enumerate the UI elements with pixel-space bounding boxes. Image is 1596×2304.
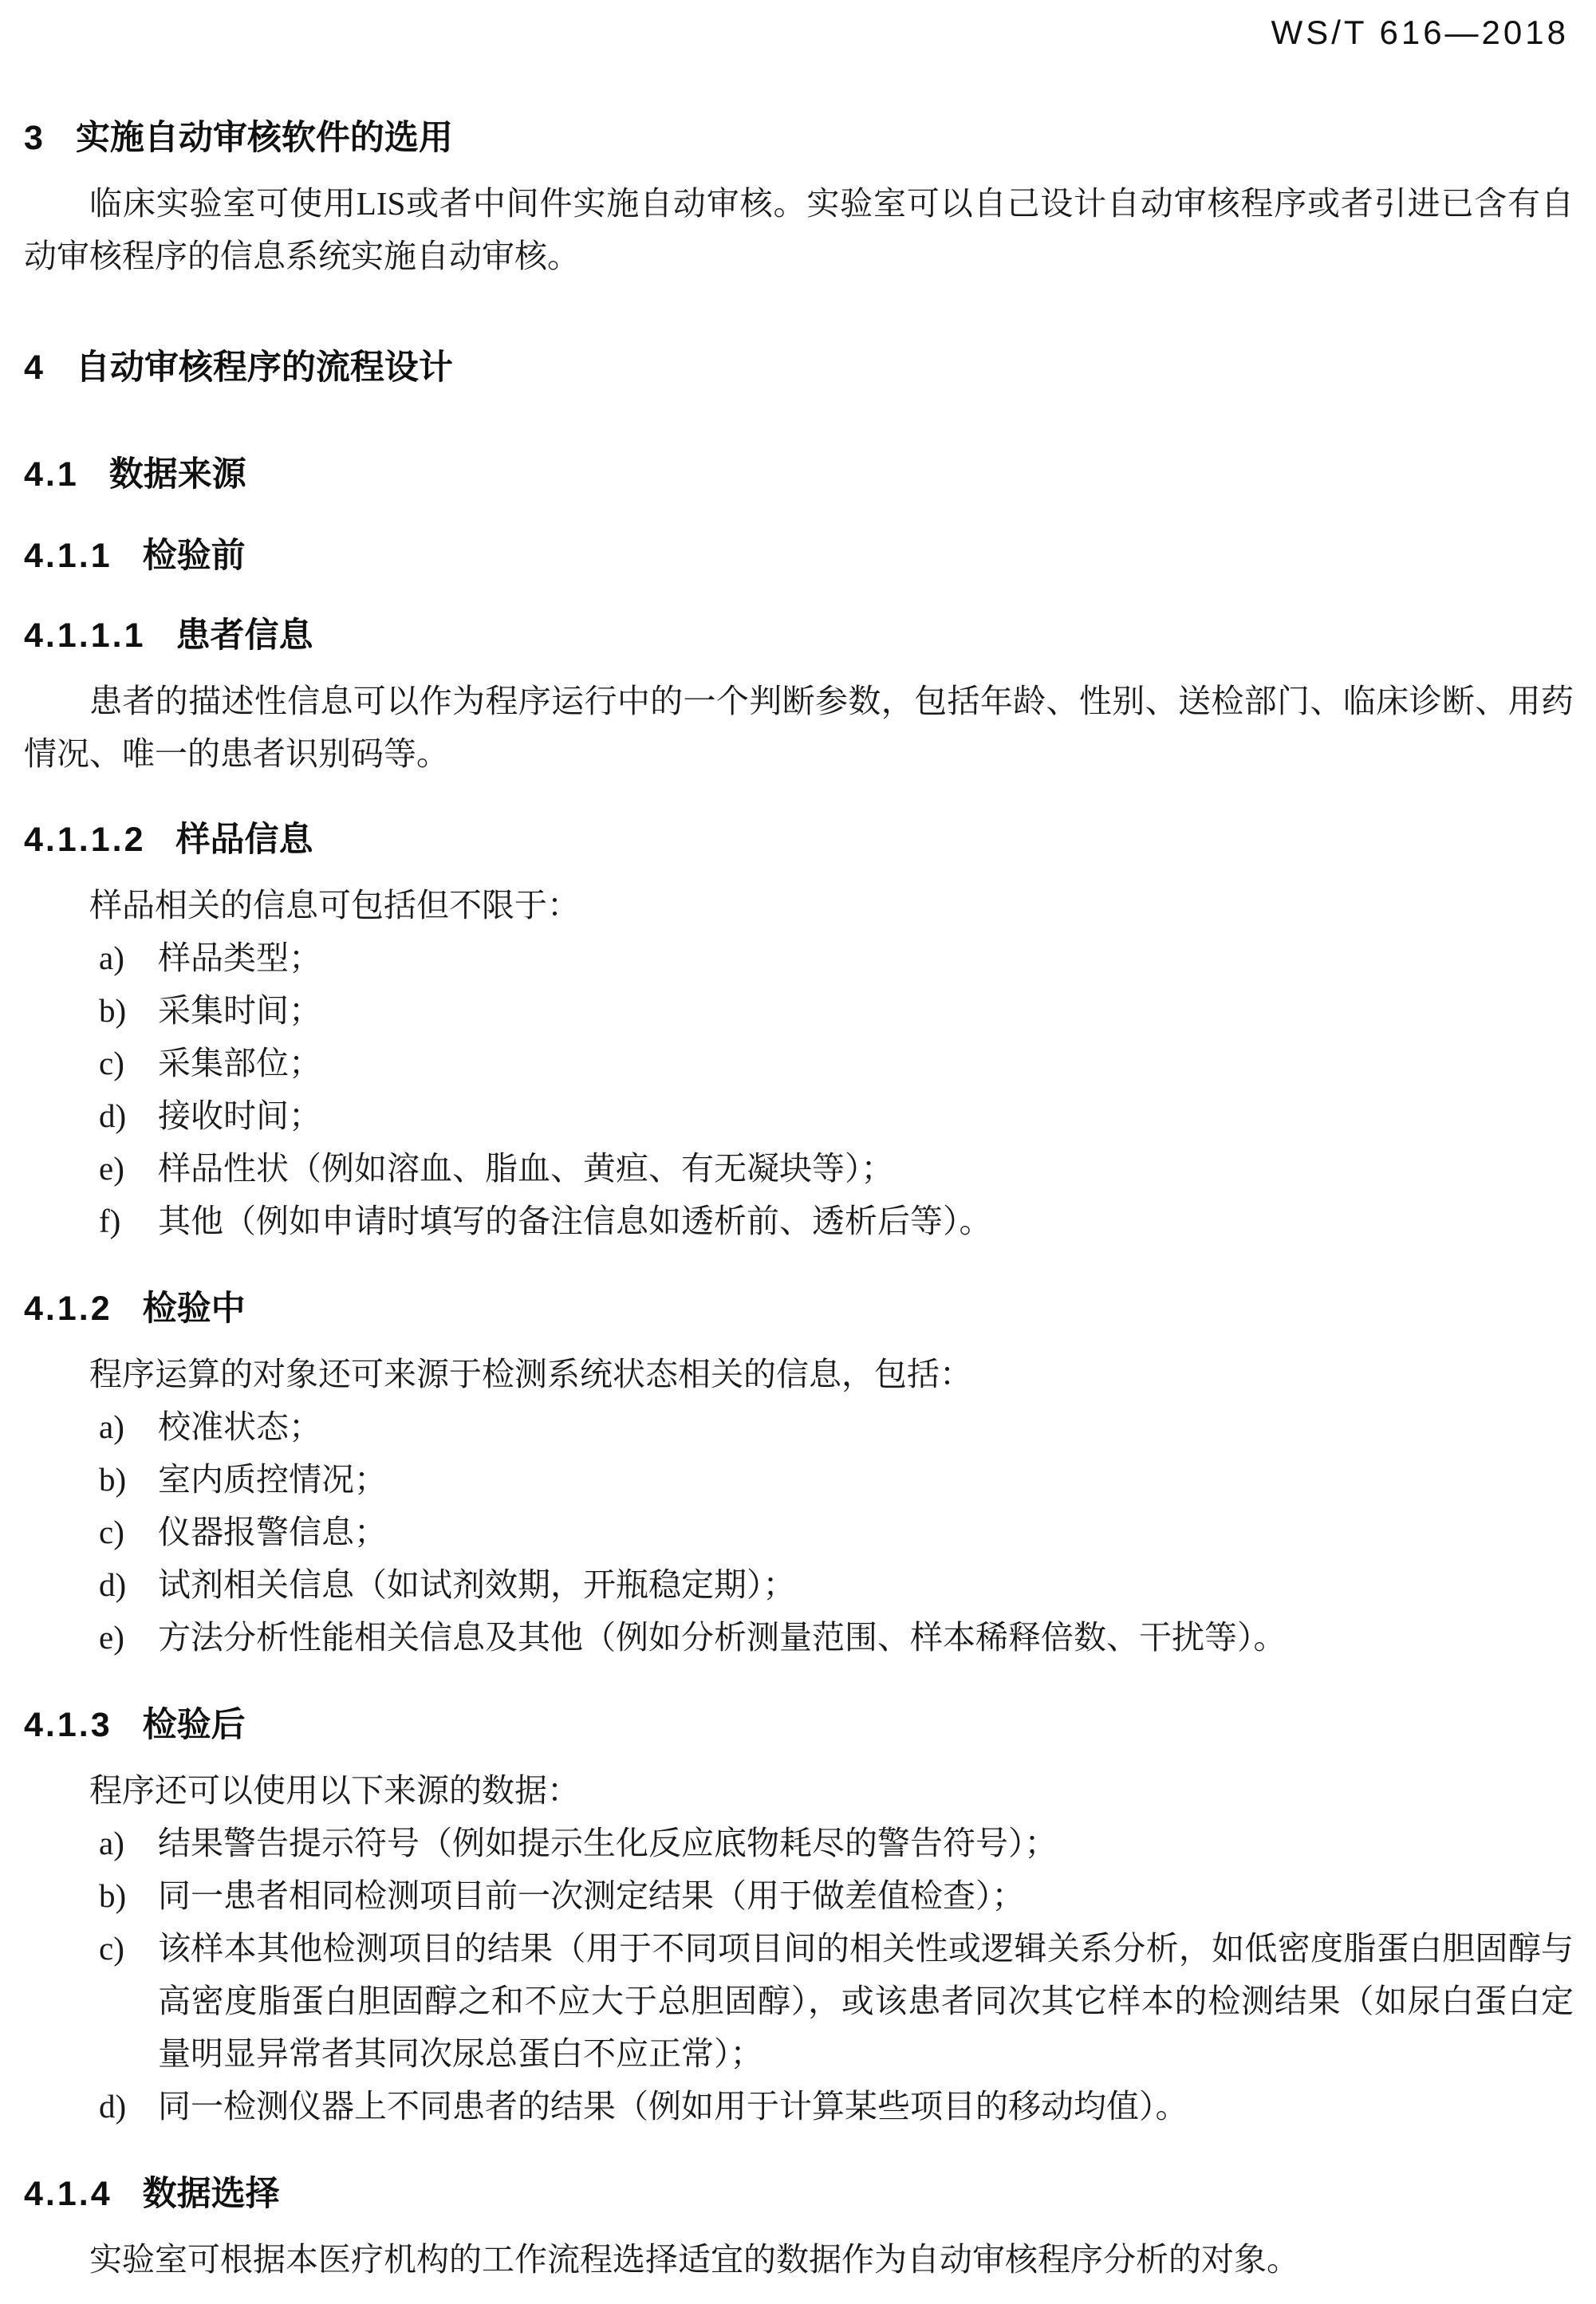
list-item-text: 接收时间； — [158, 1097, 321, 1134]
section-heading-4: 4自动审核程序的流程设计 — [24, 348, 1574, 388]
section-number: 4.1 — [24, 455, 79, 494]
list-marker: e) — [99, 1611, 124, 1664]
list-item: c)采集部位； — [24, 1037, 1574, 1089]
section-title: 自动审核程序的流程设计 — [76, 349, 453, 387]
section-heading-4.1.3: 4.1.3检验后 — [24, 1705, 1574, 1745]
section-title: 数据选择 — [143, 2175, 280, 2213]
section-number: 3 — [24, 119, 45, 157]
list-marker: b) — [99, 984, 126, 1037]
list-item: e)方法分析性能相关信息及其他（例如分析测量范围、样本稀释倍数、干扰等）。 — [24, 1611, 1574, 1664]
list-item-text: 同一患者相同检测项目前一次测定结果（用于做差值检查）； — [158, 1877, 1025, 1914]
ordered-list: a)校准状态；b)室内质控情况；c)仪器报警信息；d)试剂相关信息（如试剂效期，… — [24, 1400, 1574, 1664]
section-number: 4.1.1.2 — [24, 821, 146, 859]
section-title: 数据来源 — [109, 455, 246, 494]
document-content: 3实施自动审核软件的选用临床实验室可使用LIS或者中间件实施自动审核。实验室可以… — [24, 118, 1574, 2286]
section-title: 患者信息 — [176, 616, 313, 655]
list-item: a)校准状态； — [24, 1400, 1574, 1453]
section-heading-4.1.4: 4.1.4数据选择 — [24, 2174, 1574, 2214]
ordered-list: a)结果警告提示符号（例如提示生化反应底物耗尽的警告符号）；b)同一患者相同检测… — [24, 1817, 1574, 2133]
section-title: 检验后 — [143, 1706, 246, 1744]
section-title: 检验前 — [143, 537, 246, 575]
list-item: a)结果警告提示符号（例如提示生化反应底物耗尽的警告符号）； — [24, 1817, 1574, 1869]
list-item-text: 室内质控情况； — [158, 1461, 387, 1498]
section-heading-4.1.1: 4.1.1检验前 — [24, 536, 1574, 576]
list-item: d)试剂相关信息（如试剂效期，开瓶稳定期）； — [24, 1558, 1574, 1611]
paragraph: 实验室可根据本医疗机构的工作流程选择适宜的数据作为自动审核程序分析的对象。 — [24, 2233, 1574, 2286]
paragraph: 程序运算的对象还可来源于检测系统状态相关的信息，包括： — [24, 1348, 1574, 1400]
list-item: e)样品性状（例如溶血、脂血、黄疸、有无凝块等）； — [24, 1142, 1574, 1195]
list-item: b)采集时间； — [24, 984, 1574, 1037]
list-item-text: 样品类型； — [158, 939, 321, 976]
list-item: c)仪器报警信息； — [24, 1506, 1574, 1558]
ordered-list: a)样品类型；b)采集时间；c)采集部位；d)接收时间；e)样品性状（例如溶血、… — [24, 931, 1574, 1247]
list-item: a)样品类型； — [24, 931, 1574, 984]
list-item: d)同一检测仪器上不同患者的结果（例如用于计算某些项目的移动均值）。 — [24, 2080, 1574, 2133]
section-heading-4.1.1.2: 4.1.1.2样品信息 — [24, 820, 1574, 860]
paragraph: 临床实验室可使用LIS或者中间件实施自动审核。实验室可以自己设计自动审核程序或者… — [24, 177, 1574, 282]
section-number: 4.1.1.1 — [24, 616, 146, 655]
list-marker: f) — [99, 1195, 120, 1247]
section-title: 样品信息 — [176, 821, 313, 859]
list-item-text: 结果警告提示符号（例如提示生化反应底物耗尽的警告符号）； — [158, 1825, 1058, 1861]
list-marker: c) — [99, 1922, 124, 1975]
document-page: WS/T 616—2018 3实施自动审核软件的选用临床实验室可使用LIS或者中… — [0, 0, 1596, 2304]
section-number: 4.1.3 — [24, 1706, 112, 1744]
list-marker: d) — [99, 2080, 126, 2133]
section-number: 4.1.1 — [24, 537, 112, 575]
list-item-text: 同一检测仪器上不同患者的结果（例如用于计算某些项目的移动均值）。 — [158, 2088, 1188, 2125]
list-item: d)接收时间； — [24, 1089, 1574, 1142]
list-item-text: 采集时间； — [158, 992, 321, 1029]
section-title: 实施自动审核软件的选用 — [76, 119, 453, 157]
paragraph: 样品相关的信息可包括但不限于： — [24, 879, 1574, 931]
section-heading-4.1.2: 4.1.2检验中 — [24, 1289, 1574, 1329]
list-item-text: 仪器报警信息； — [158, 1514, 387, 1550]
section-heading-4.1: 4.1数据来源 — [24, 455, 1574, 494]
list-marker: c) — [99, 1037, 124, 1089]
list-marker: d) — [99, 1089, 126, 1142]
section-heading-3: 3实施自动审核软件的选用 — [24, 118, 1574, 158]
list-item-text: 校准状态； — [158, 1408, 321, 1445]
list-marker: b) — [99, 1869, 126, 1922]
list-item: b)室内质控情况； — [24, 1453, 1574, 1506]
list-item: c)该样本其他检测项目的结果（用于不同项目间的相关性或逻辑关系分析，如低密度脂蛋… — [24, 1922, 1574, 2080]
list-item-text: 其他（例如申请时填写的备注信息如透析前、透析后等）。 — [158, 1203, 992, 1239]
section-number: 4.1.2 — [24, 1290, 112, 1328]
list-marker: a) — [99, 1817, 124, 1869]
paragraph: 程序还可以使用以下来源的数据： — [24, 1764, 1574, 1817]
list-marker: a) — [99, 931, 124, 984]
list-item-text: 样品性状（例如溶血、脂血、黄疸、有无凝块等）； — [158, 1150, 894, 1187]
list-marker: d) — [99, 1558, 126, 1611]
list-item-text: 试剂相关信息（如试剂效期，开瓶稳定期）； — [158, 1566, 796, 1603]
list-item-text: 方法分析性能相关信息及其他（例如分析测量范围、样本稀释倍数、干扰等）。 — [158, 1619, 1287, 1656]
list-marker: b) — [99, 1453, 126, 1506]
section-heading-4.1.1.1: 4.1.1.1患者信息 — [24, 616, 1574, 656]
list-item: b)同一患者相同检测项目前一次测定结果（用于做差值检查）； — [24, 1869, 1574, 1922]
standard-number-header: WS/T 616—2018 — [24, 13, 1574, 53]
paragraph: 患者的描述性信息可以作为程序运行中的一个判断参数，包括年龄、性别、送检部门、临床… — [24, 675, 1574, 780]
section-number: 4.1.4 — [24, 2175, 112, 2213]
list-item: f)其他（例如申请时填写的备注信息如透析前、透析后等）。 — [24, 1195, 1574, 1247]
list-marker: e) — [99, 1142, 124, 1195]
section-title: 检验中 — [143, 1290, 246, 1328]
list-item-text: 该样本其他检测项目的结果（用于不同项目间的相关性或逻辑关系分析，如低密度脂蛋白胆… — [158, 1930, 1574, 2072]
section-number: 4 — [24, 349, 45, 387]
list-marker: c) — [99, 1506, 124, 1558]
list-marker: a) — [99, 1400, 124, 1453]
list-item-text: 采集部位； — [158, 1045, 321, 1081]
